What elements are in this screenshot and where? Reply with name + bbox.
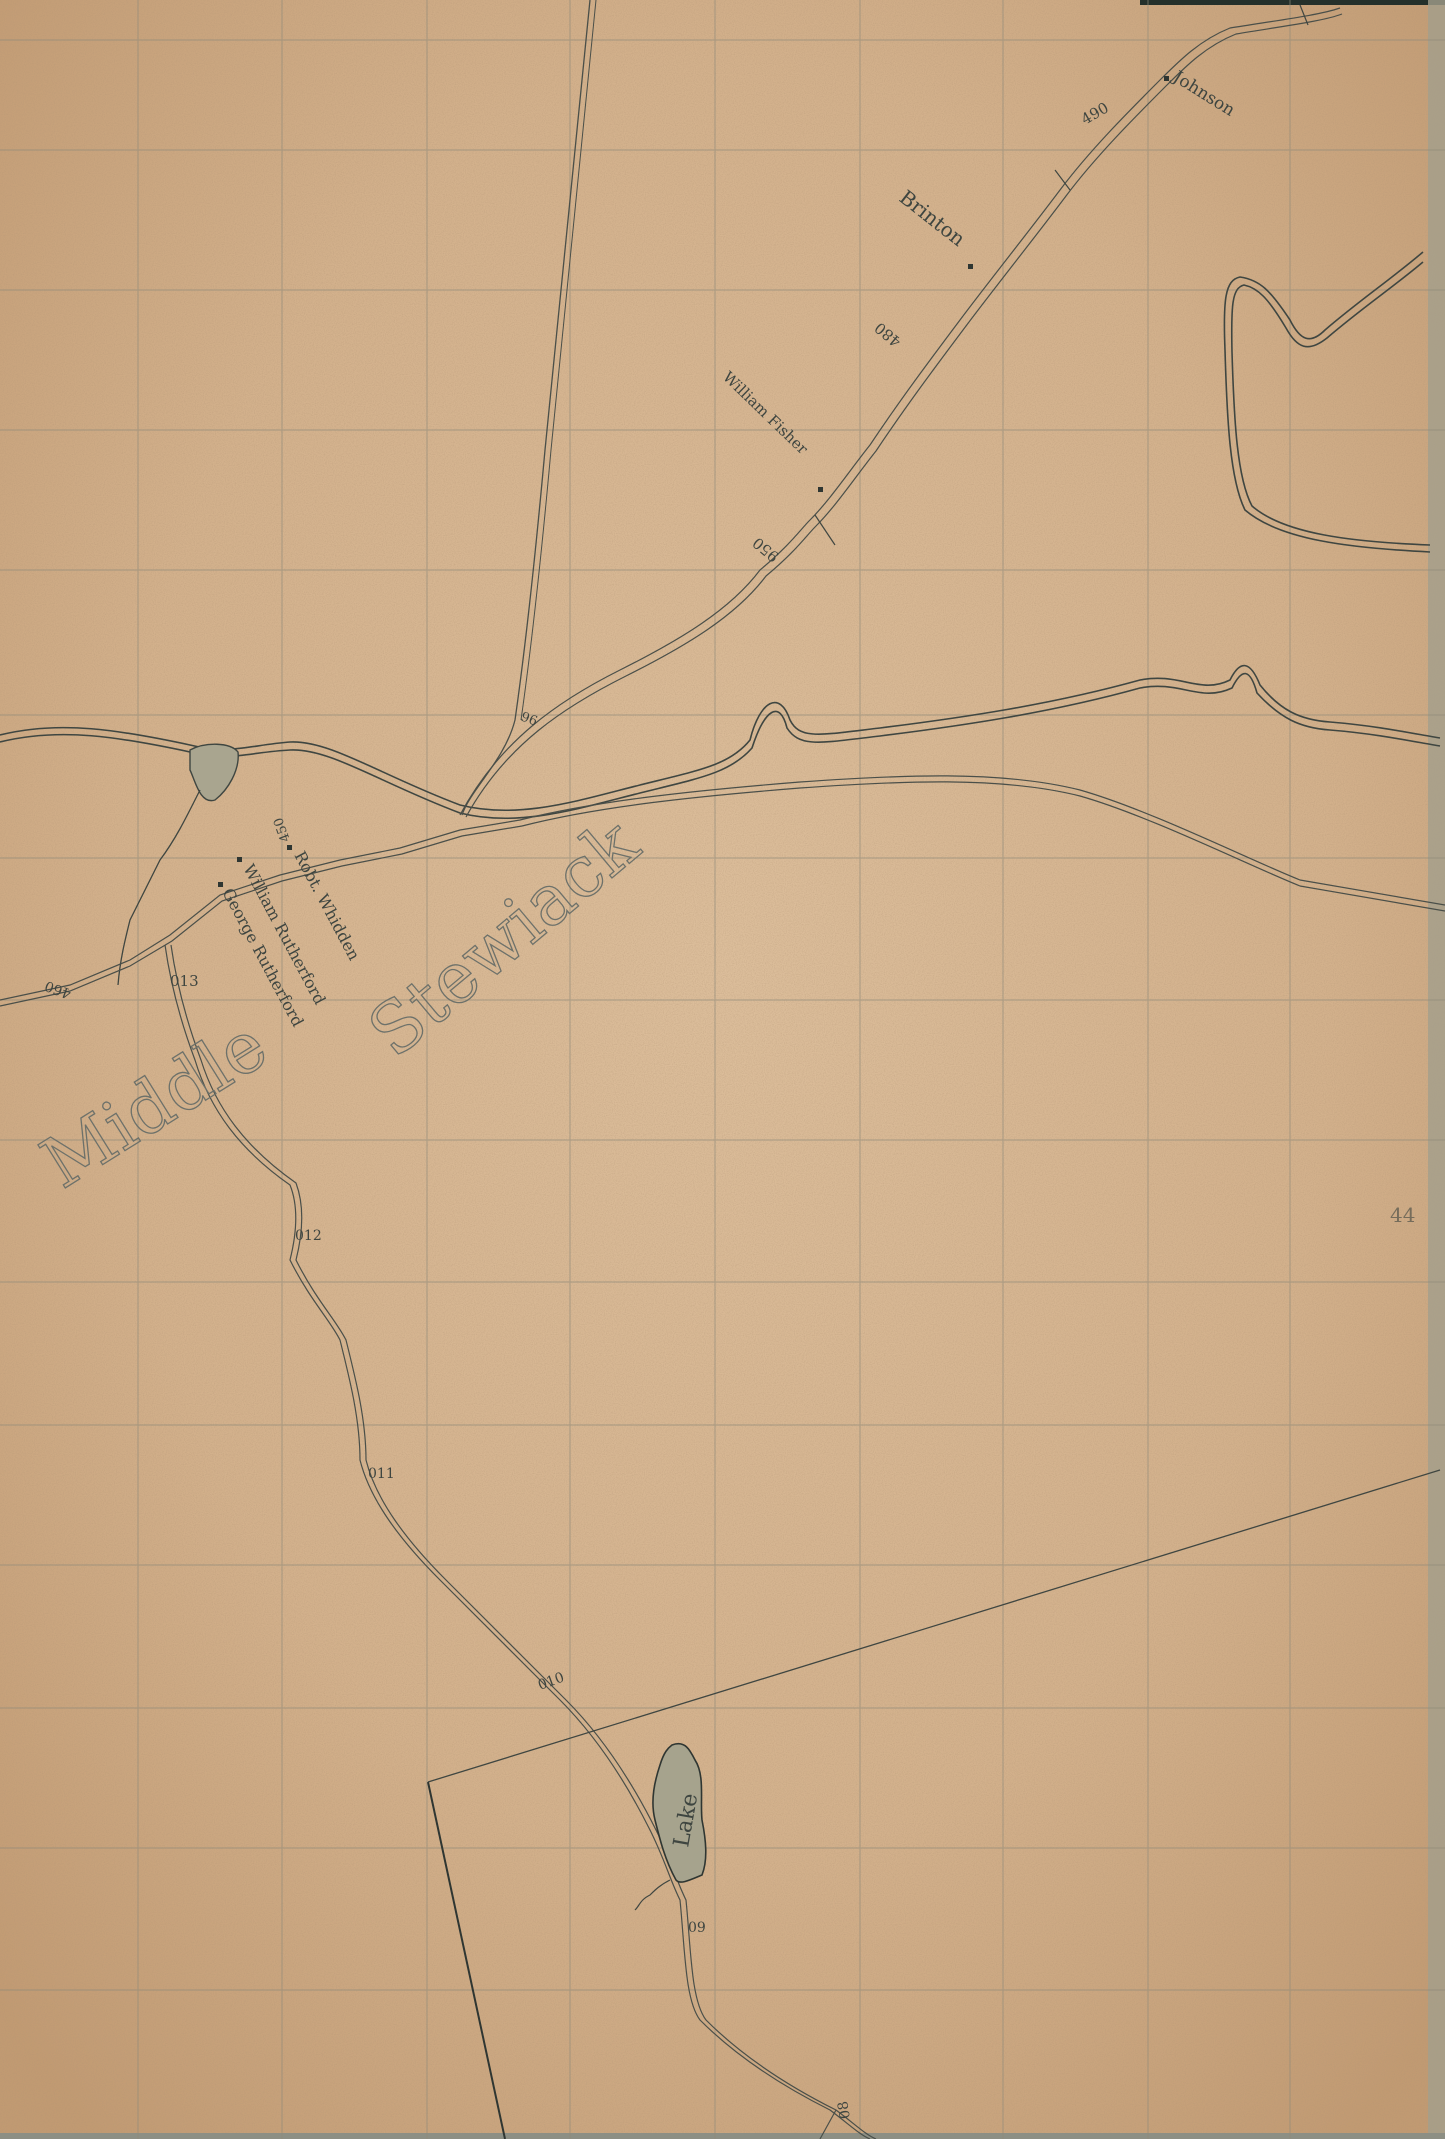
margin-note: 44 bbox=[1390, 1203, 1415, 1227]
road-mark: 013 bbox=[170, 972, 199, 990]
top-binding-edge bbox=[1140, 0, 1445, 5]
survey-map: Lake Johnson Brinton William Fisher Robt… bbox=[0, 0, 1445, 2139]
bottom-edge bbox=[0, 2133, 1445, 2139]
right-edge bbox=[1428, 0, 1445, 2139]
road-mark: 09 bbox=[688, 1920, 706, 1936]
road-mark: 08 bbox=[835, 2100, 854, 2120]
road-mark: 012 bbox=[295, 1228, 322, 1244]
road-mark: 011 bbox=[368, 1466, 395, 1482]
map-canvas: Lake Johnson Brinton William Fisher Robt… bbox=[0, 0, 1445, 2139]
